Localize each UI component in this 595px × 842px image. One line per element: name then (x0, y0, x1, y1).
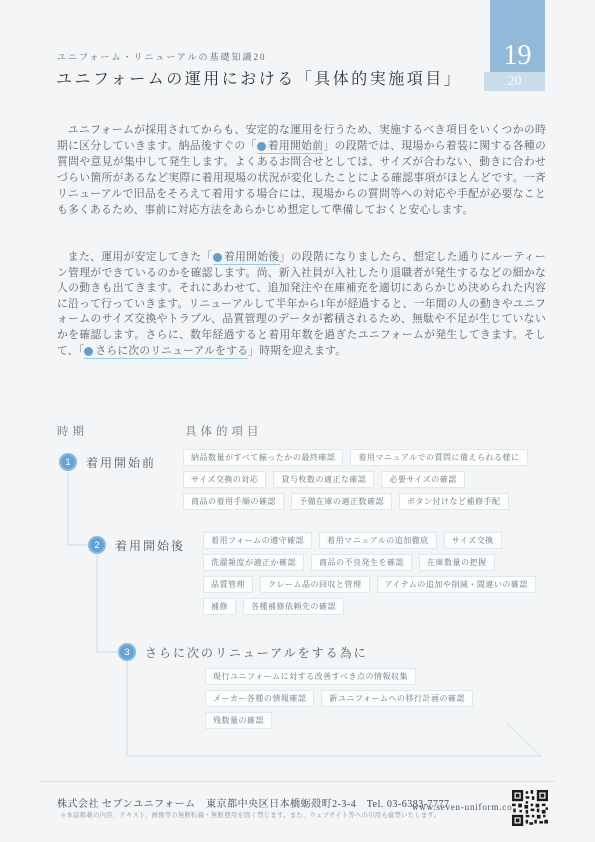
phase-label: 着用開始前 (86, 454, 156, 471)
item-chip: 在庫数量の把握 (419, 554, 495, 571)
qr-code (512, 790, 548, 826)
item-chip: ボタン付けなど補修手配 (399, 493, 509, 510)
page-number-current-block: 19 (490, 0, 545, 72)
phase-item-list: 現行ユニフォームに対する改善すべき点の情報収集メーカー各種の情報確認新ユニフォー… (205, 668, 473, 729)
body-paragraph: ユニフォームが採用されてからも、安定的な運用を行うため、実施するべき項目をいくつ… (57, 122, 546, 218)
item-chip: サイズ交換の対応 (183, 471, 266, 488)
inline-term-highlight: 1着用開始前 (257, 140, 324, 154)
item-chip: 新ユニフォームへの移行計画の確認 (321, 690, 473, 707)
copyright-note: ＊本誌掲載の内容、テキスト、画像等の無断転載・無断使用を固く禁じます。また、ウェ… (60, 810, 440, 819)
term-number-badge: 1 (257, 142, 266, 151)
item-chip: 貸与枚数の適正な確認 (273, 471, 374, 488)
item-chip: 現行ユニフォームに対する改善すべき点の情報収集 (205, 668, 416, 685)
body-paragraph: また、運用が安定してきた「2着用開始後」の段階になりましたら、想定した通りにルー… (57, 250, 546, 359)
inline-term-highlight: 2着用開始後 (213, 251, 280, 265)
phase-number-badge: 3 (118, 643, 136, 661)
item-chip: サイズ交換 (444, 532, 502, 549)
website-url: www.seven-uniform.co.jp (412, 802, 524, 812)
item-chip: 補修 (203, 598, 236, 615)
phase-label: 着用開始後 (115, 537, 185, 554)
footer-divider (40, 781, 555, 782)
page-number-current: 19 (504, 42, 532, 72)
item-chip: 着用フォームの遵守確認 (203, 532, 312, 549)
column-header-items: 具体的項目 (185, 423, 263, 439)
page-number-next: 20 (508, 75, 522, 89)
phase-label: さらに次のリニューアルをする為に (145, 644, 368, 661)
item-chip: 商品の不良発生を確認 (311, 554, 412, 571)
inline-term-highlight: 3さらに次のリニューアルをする (84, 345, 248, 359)
item-chip: 品質管理 (203, 576, 253, 593)
company-line: 株式会社 セブンユニフォーム 東京都中央区日本橋蛎殻町2-3-4 Tel. 03… (57, 795, 450, 810)
term-number-badge: 3 (84, 347, 93, 356)
item-chip: 必要サイズの確認 (381, 471, 464, 488)
item-chip: 予備在庫の適正数確認 (291, 493, 392, 510)
document-page: ユニフォーム・リニューアルの基礎知識20 ユニフォームの運用における「具体的実施… (0, 0, 595, 842)
item-chip: メーカー各種の情報確認 (205, 690, 314, 707)
phase-number-badge: 1 (59, 453, 77, 471)
item-chip: アイテムの追加や削減・間違いの確認 (377, 576, 536, 593)
item-chip: 商品の着用手順の確認 (183, 493, 284, 510)
item-chip: 納品数量がすべて揃ったかの最終確認 (183, 449, 343, 466)
header-kicker: ユニフォーム・リニューアルの基礎知識20 (57, 50, 267, 63)
term-number-badge: 2 (213, 253, 222, 262)
page-number-next-block: 20 (484, 72, 545, 91)
item-chip: 洗濯頻度が適正か確認 (203, 554, 304, 571)
column-header-time: 時期 (57, 423, 88, 439)
item-chip: クレーム品の回収と管理 (260, 576, 370, 593)
phase-number-badge: 2 (88, 536, 106, 554)
item-chip: 着用マニュアルでの質問に備えられる様に (350, 449, 527, 466)
phase-item-list: 納品数量がすべて揃ったかの最終確認着用マニュアルでの質問に備えられる様にサイズ交… (183, 449, 528, 510)
phase-item-list: 着用フォームの遵守確認着用マニュアルの追加徹底サイズ交換洗濯頻度が適正か確認商品… (203, 532, 536, 615)
page-title: ユニフォームの運用における「具体的実施項目」 (56, 66, 462, 89)
item-chip: 各種補修依頼先の確認 (243, 598, 344, 615)
item-chip: 残数量の確認 (205, 712, 272, 729)
item-chip: 着用マニュアルの追加徹底 (319, 532, 437, 549)
